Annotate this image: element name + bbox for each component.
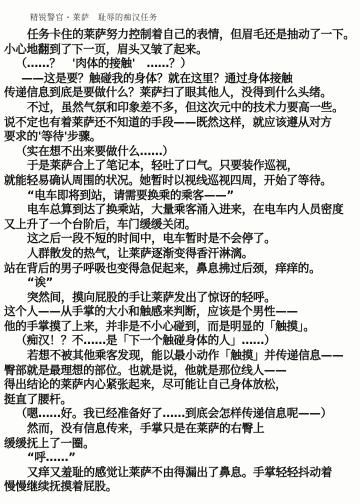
text-body: 任务卡住的莱萨努力控制着自己的表情，但眉毛还是抽动了一下。小心地翻到了下一页，眉… xyxy=(4,27,360,494)
text-line: 电车总算到达了换乘站，大量乘客涌入进来，在电车内人员密度 xyxy=(4,202,360,217)
text-line: 要求的'等待'步骤。 xyxy=(4,129,360,144)
text-line: （嗯……好。我已经准备好了……到底会怎样传递信息呢——） xyxy=(4,406,360,421)
text-line: 说不定也有着莱萨还不知道的手段——既然这样，就应该遵从对方 xyxy=(4,115,360,130)
text-line: 然而，没有信息传来，手掌只是在莱萨的右臀上 xyxy=(4,421,360,436)
text-line: 于是莱萨合上了笔记本，轻吐了口气。只要装作巡视， xyxy=(4,158,360,173)
text-line: 又痒又羞耻的感觉让莱萨不由得漏出了鼻息。手掌轻轻抖动着 xyxy=(4,465,360,480)
text-line: 若想不被其他乘客发现，能以最小动作「触摸」并传递信息—— xyxy=(4,348,360,363)
text-line: 挺直了腰杆。 xyxy=(4,392,360,407)
text-line: “呼……” xyxy=(4,450,360,465)
text-line: ——这是要？触碰我的身体？就在这里？通过身体接触 xyxy=(4,71,360,86)
text-line: 得出结论的莱萨内心紧张起来，尽可能让自己身体放松， xyxy=(4,377,360,392)
text-line: （实在想不出来要做什么……） xyxy=(4,144,360,159)
text-line: 臀部就是最理想的部位。也就是说，他就是那位线人—— xyxy=(4,363,360,378)
text-line: 他的手掌摸了上来，并非是不小心碰到，而是明显的「触摸」。 xyxy=(4,319,360,334)
text-line: 传递信息到底是要做什么？莱萨扫了眼其他人，没得到什么头绪。 xyxy=(4,85,360,100)
text-line: 不过，虽然气氛和印象差不多，但这次元中的技术力要高一些。 xyxy=(4,100,360,115)
text-line: 任务卡住的莱萨努力控制着自己的表情，但眉毛还是抽动了一下。 xyxy=(4,27,360,42)
text-line: “诶” xyxy=(4,275,360,290)
text-line: 这个人——从手掌的大小和触感来判断，应该是个男性—— xyxy=(4,304,360,319)
text-line: （痴汉！？不……是「下一个触碰身体的人」……） xyxy=(4,333,360,348)
text-line: 人群散发的热气，让莱萨逐渐变得香汗淋漓。 xyxy=(4,246,360,261)
text-line: 突然间，摸向屁股的手让莱萨发出了惊讶的轻呼。 xyxy=(4,290,360,305)
text-line: （……？ '肉体的接触' ……？） xyxy=(4,56,360,71)
text-line: 这之后一段不短的时间中，电车暂时是不会停了。 xyxy=(4,231,360,246)
ebook-page: 精锐警官・莱萨 耻辱的痴汉任务 任务卡住的莱萨努力控制着自己的表情，但眉毛还是抽… xyxy=(0,0,360,504)
text-line: “电车即将到站，请需要换乘的乘客——” xyxy=(4,188,360,203)
text-line: 慢慢继续抚摸着屁股。 xyxy=(4,479,360,494)
text-line: 缓缓抚上了一圈。 xyxy=(4,436,360,451)
text-line: 站在背后的男子呼吸也变得急促起来，鼻息拂过后颈，痒痒的。 xyxy=(4,261,360,276)
text-line: 小心地翻到了下一页，眉头又皱了起来。 xyxy=(4,42,360,57)
running-header-title: 精锐警官・莱萨 耻辱的痴汉任务 xyxy=(30,13,158,23)
text-line: 又上升了一个台阶后，车门缓缓关闭。 xyxy=(4,217,360,232)
text-line: 就能轻易确认周围的状况。她暂时以视线巡视四周，开始了等待。 xyxy=(4,173,360,188)
